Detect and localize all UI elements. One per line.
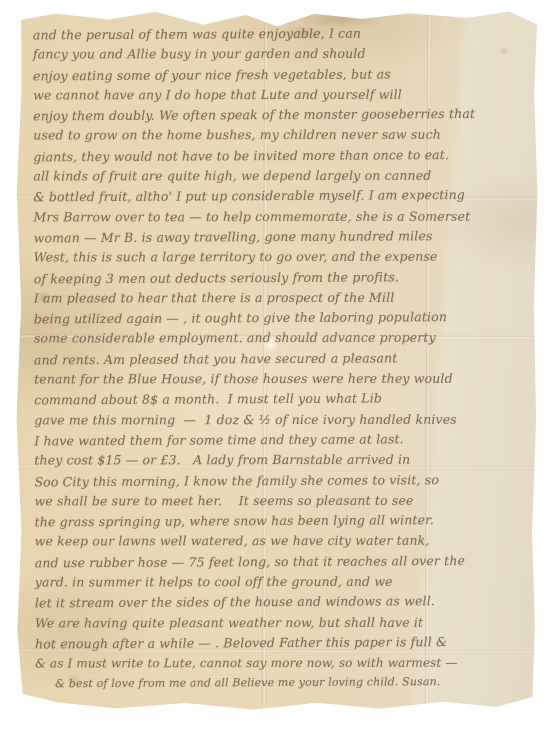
letter-line: of keeping 3 men out deducts seriously f… — [34, 266, 526, 289]
letter-line: and use rubber hose — 75 feet long, so t… — [35, 550, 527, 573]
letter-line: fancy you and Allie busy in your garden … — [33, 44, 525, 65]
letter-line: the grass springing up, where snow has b… — [35, 510, 527, 533]
letter-line: and the perusal of them was quite enjoya… — [33, 23, 525, 46]
letter-line: yard. in summer it helps to cool off the… — [35, 572, 527, 593]
letter-line: enjoy them doubly. We often speak of the… — [33, 104, 525, 127]
letter-line: I am pleased to hear that there is a pro… — [34, 287, 526, 308]
letter-line: being utilized again — , it ought to giv… — [34, 307, 526, 330]
letter-line: enjoy eating some of your nice fresh veg… — [33, 63, 525, 86]
letter-line: Mrs Barrow over to tea — to help commemo… — [34, 206, 526, 227]
letter-line: giants, they would not have to be invite… — [33, 144, 525, 167]
letter-line: all kinds of fruit are quite high, we de… — [33, 166, 525, 187]
letter-line: hot enough after a while — . Beloved Fat… — [35, 632, 527, 655]
letter-line: we shall be sure to meet her. It seems s… — [35, 490, 527, 511]
letter-line: used to grow on the home bushes, my chil… — [33, 125, 525, 146]
letter-line: We are having quite pleasant weather now… — [35, 612, 527, 633]
letter-line: we cannot have any I do hope that Lute a… — [33, 84, 525, 105]
letter-line: & bottled fruit, altho' I put up conside… — [33, 185, 525, 208]
letter-text: and the perusal of them was quite enjoya… — [33, 23, 527, 691]
letter-line: West, this is such a large territory to … — [34, 247, 526, 268]
letter-signature-line: & best of love from me and all Believe m… — [35, 672, 527, 692]
letter-paper: and the perusal of them was quite enjoya… — [11, 7, 541, 717]
letter-line: they cost $15 — or £3. A lady from Barns… — [34, 450, 526, 471]
letter-line: command about 8$ a month. I must tell yo… — [34, 388, 526, 411]
letter-line: and rents. Am pleased that you have secu… — [34, 347, 526, 370]
letter-line: some considerable employment. and should… — [34, 328, 526, 349]
letter-line: we keep our lawns well watered, as we ha… — [35, 531, 527, 552]
letter-line: & as I must write to Lute, cannot say mo… — [35, 653, 527, 674]
letter-line: let it stream over the sides of the hous… — [35, 591, 527, 614]
letter-line: gave me this morning — 1 doz & ½ of nice… — [34, 409, 526, 430]
letter-line: woman — Mr B. is away travelling, gone m… — [34, 226, 526, 249]
letter-line: Soo City this morning, I know the family… — [34, 469, 526, 492]
letter-line: I have wanted them for some time and the… — [34, 429, 526, 452]
letter-line: tenant for the Blue House, if those hous… — [34, 369, 526, 390]
